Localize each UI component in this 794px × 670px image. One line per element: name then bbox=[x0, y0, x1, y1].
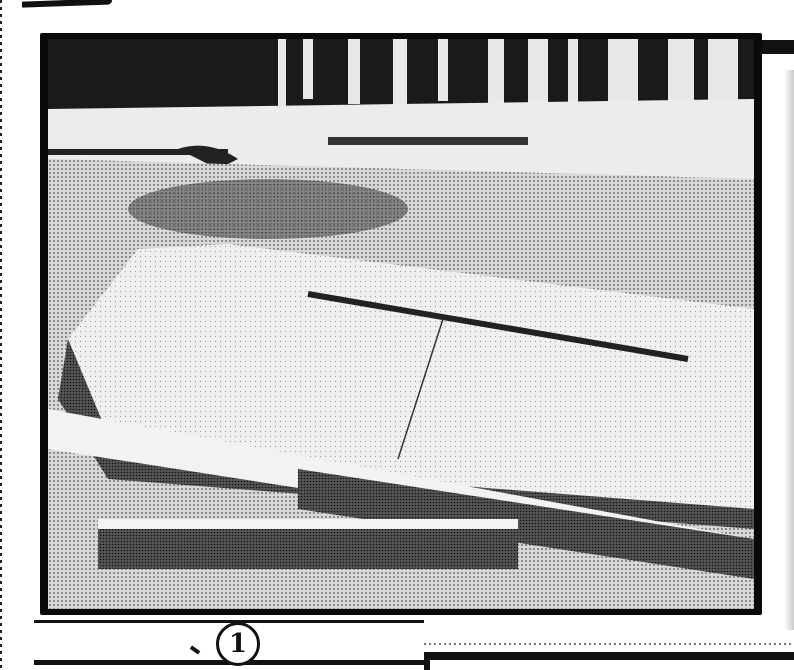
clipping-scrap-right bbox=[762, 40, 794, 54]
photo-frame bbox=[40, 33, 762, 615]
adjacent-box-rule bbox=[424, 652, 794, 660]
clipping-scrap bbox=[22, 0, 112, 8]
scan-edge bbox=[0, 0, 2, 670]
concrete-slab-photo bbox=[48, 39, 754, 609]
adjacent-box-corner bbox=[424, 652, 430, 670]
adjacent-column-edge bbox=[784, 70, 794, 630]
pointer-mark bbox=[190, 645, 200, 654]
photo-illustration bbox=[48, 39, 754, 609]
figure-number: 1 bbox=[229, 629, 247, 659]
adjacent-halftone-strip bbox=[424, 643, 794, 645]
figure-number-badge: 1 bbox=[216, 622, 260, 666]
